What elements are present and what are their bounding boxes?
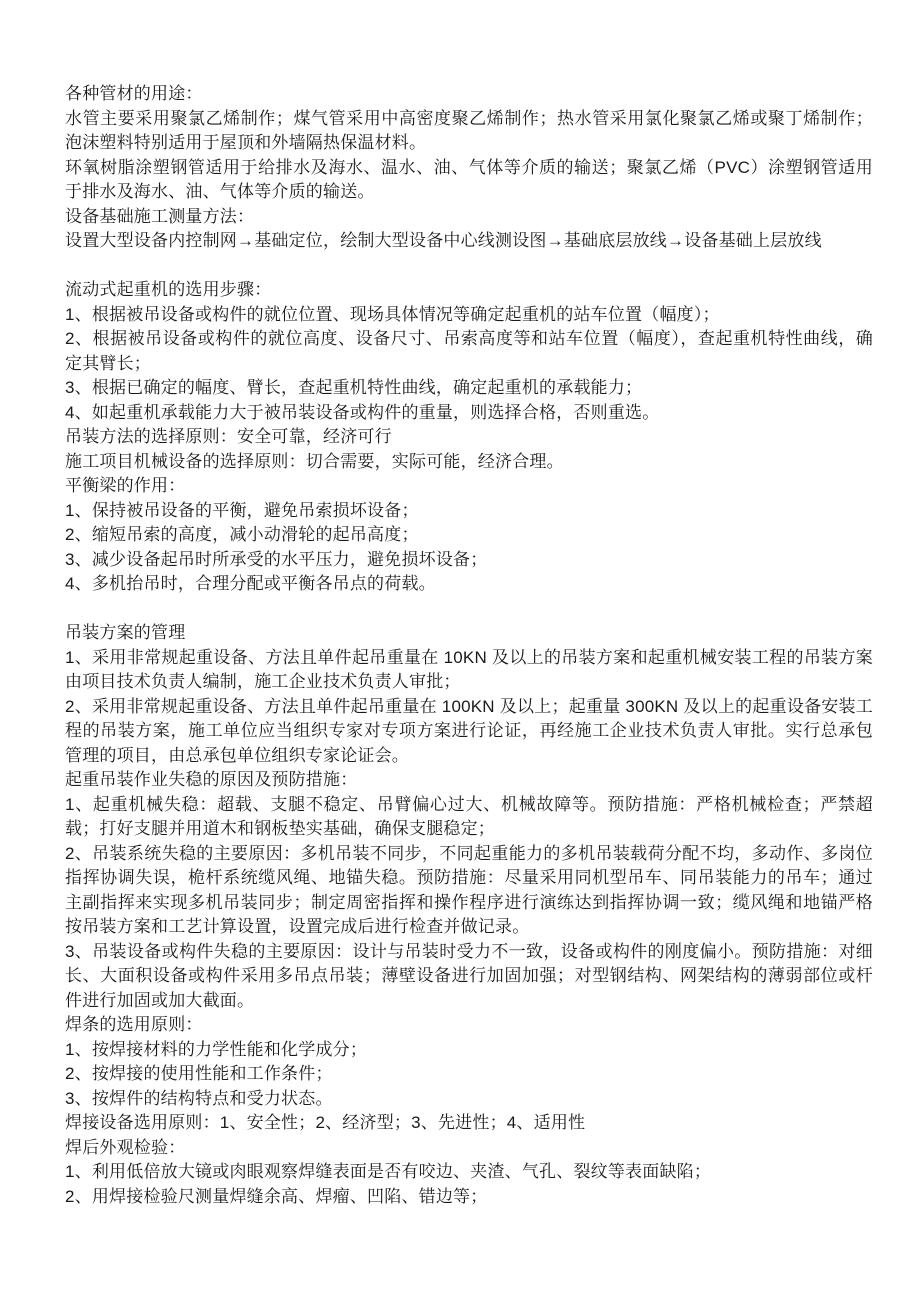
instability-item-3: 3、吊装设备或构件失稳的主要原因：设计与吊装时受力不一致，设备或构件的刚度偏小。… — [65, 940, 873, 1014]
paragraph-water-pipes: 水管主要采用聚氯乙烯制作；煤气管采用中高密度聚乙烯制作；热水管采用氯化聚氯乙烯或… — [65, 107, 873, 156]
blank-line — [65, 254, 873, 279]
crane-step-3: 3、根据已确定的幅度、臂长，查起重机特性曲线，确定起重机的承载能力； — [65, 376, 873, 401]
document-page: 各种管材的用途： 水管主要采用聚氯乙烯制作；煤气管采用中高密度聚乙烯制作；热水管… — [0, 0, 920, 1302]
paragraph-machinery-selection-principle: 施工项目机械设备的选择原则：切合需要，实际可能，经济合理。 — [65, 450, 873, 475]
blank-line — [65, 597, 873, 622]
crane-step-4: 4、如起重机承载能力大于被吊装设备或构件的重量，则选择合格，否则重选。 — [65, 401, 873, 426]
heading-balance-beam-functions: 平衡梁的作用： — [65, 474, 873, 499]
crane-step-1: 1、根据被吊设备或构件的就位位置、现场具体情况等确定起重机的站车位置（幅度）； — [65, 303, 873, 328]
crane-step-2: 2、根据被吊设备或构件的就位高度、设备尺寸、吊索高度等和站车位置（幅度），查起重… — [65, 327, 873, 376]
electrode-item-1: 1、按焊接材料的力学性能和化学成分； — [65, 1038, 873, 1063]
inspection-item-2: 2、用焊接检验尺测量焊缝余高、焊瘤、凹陷、错边等； — [65, 1185, 873, 1210]
heading-hoisting-scheme-management: 吊装方案的管理 — [65, 621, 873, 646]
paragraph-survey-procedure: 设置大型设备内控制网→基础定位，绘制大型设备中心线测设图→基础底层放线→设备基础… — [65, 229, 873, 254]
heading-foundation-survey-method: 设备基础施工测量方法： — [65, 205, 873, 230]
paragraph-coated-steel-pipes: 环氧树脂涂塑钢管适用于给排水及海水、温水、油、气体等介质的输送；聚氯乙烯（PVC… — [65, 156, 873, 205]
instability-item-1: 1、起重机械失稳：超载、支腿不稳定、吊臂偏心过大、机械故障等。预防措施：严格机械… — [65, 793, 873, 842]
balance-beam-item-2: 2、缩短吊索的高度，减小动滑轮的起吊高度； — [65, 523, 873, 548]
balance-beam-item-4: 4、多机抬吊时，合理分配或平衡各吊点的荷载。 — [65, 572, 873, 597]
electrode-item-2: 2、按焊接的使用性能和工作条件； — [65, 1062, 873, 1087]
inspection-item-1: 1、利用低倍放大镜或肉眼观察焊缝表面是否有咬边、夹渣、气孔、裂纹等表面缺陷； — [65, 1160, 873, 1185]
paragraph-hoisting-method-principle: 吊装方法的选择原则：安全可靠，经济可行 — [65, 425, 873, 450]
paragraph-welding-equipment-principles: 焊接设备选用原则：1、安全性；2、经济型；3、先进性；4、适用性 — [65, 1111, 873, 1136]
heading-post-weld-visual-inspection: 焊后外观检验： — [65, 1136, 873, 1161]
balance-beam-item-3: 3、减少设备起吊时所承受的水平压力，避免损坏设备； — [65, 548, 873, 573]
heading-electrode-selection-principles: 焊条的选用原则： — [65, 1013, 873, 1038]
hoisting-scheme-item-1: 1、采用非常规起重设备、方法且单件起吊重量在 10KN 及以上的吊装方案和起重机… — [65, 646, 873, 695]
hoisting-scheme-item-2: 2、采用非常规起重设备、方法且单件起吊重量在 100KN 及以上；起重量 300… — [65, 695, 873, 769]
heading-crane-selection-steps: 流动式起重机的选用步骤： — [65, 278, 873, 303]
heading-instability-causes-prevention: 起重吊装作业失稳的原因及预防措施： — [65, 768, 873, 793]
heading-pipe-materials: 各种管材的用途： — [65, 82, 873, 107]
electrode-item-3: 3、按焊件的结构特点和受力状态。 — [65, 1087, 873, 1112]
balance-beam-item-1: 1、保持被吊设备的平衡，避免吊索损坏设备； — [65, 499, 873, 524]
document-content: 各种管材的用途： 水管主要采用聚氯乙烯制作；煤气管采用中高密度聚乙烯制作；热水管… — [65, 82, 873, 1209]
instability-item-2: 2、吊装系统失稳的主要原因：多机吊装不同步，不同起重能力的多机吊装载荷分配不均，… — [65, 842, 873, 940]
